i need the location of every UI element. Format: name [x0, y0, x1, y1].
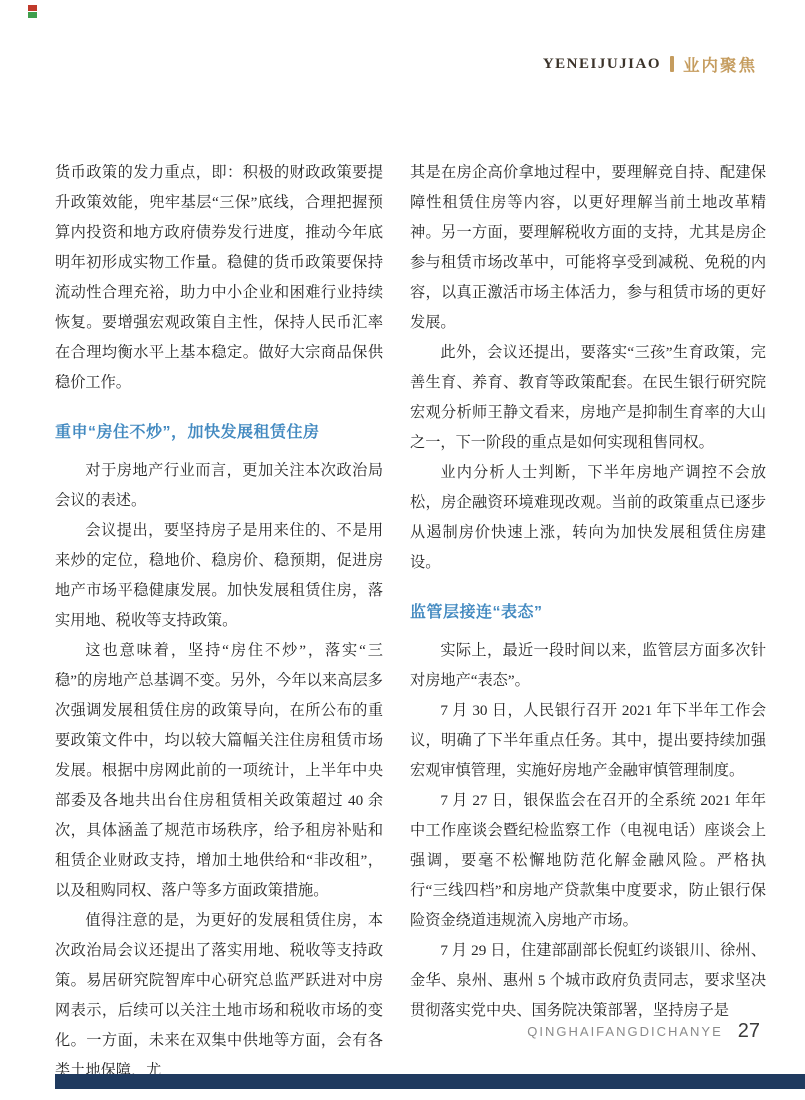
- article-paragraph: 值得注意的是，为更好的发展租赁住房，本次政治局会议还提出了落实用地、税收等支持政…: [55, 906, 383, 1086]
- article-paragraph: 会议提出，要坚持房子是用来住的、不是用来炒的定位，稳地价、稳房价、稳预期，促进房…: [55, 516, 383, 636]
- magazine-page: YENEIJUJIAO 业内聚焦 货币政策的发力重点，即：积极的财政政策要提升政…: [0, 0, 805, 1100]
- page-header: YENEIJUJIAO 业内聚焦: [543, 52, 757, 76]
- journal-name-pinyin: YENEIJUJIAO: [543, 56, 661, 73]
- article-paragraph: 业内分析人士判断，下半年房地产调控不会放松，房企融资环境难现改观。当前的政策重点…: [410, 458, 766, 578]
- article-paragraph: 对于房地产行业而言，更加关注本次政治局会议的表述。: [55, 456, 383, 516]
- page-number: 27: [738, 1020, 760, 1043]
- footer-magazine-name: QINGHAIFANGDICHANYE: [527, 1024, 722, 1039]
- article-paragraph: 此外，会议还提出，要落实“三孩”生育政策，完善生育、养育、教育等政策配套。在民生…: [410, 338, 766, 458]
- article-body: 货币政策的发力重点，即：积极的财政政策要提升政策效能，兜牢基层“三保”底线，合理…: [55, 158, 766, 1086]
- subheading-rental-housing: 重申“房住不炒”，加快发展租赁住房: [55, 419, 383, 442]
- left-column: 货币政策的发力重点，即：积极的财政政策要提升政策效能，兜牢基层“三保”底线，合理…: [55, 158, 383, 1086]
- article-paragraph: 货币政策的发力重点，即：积极的财政政策要提升政策效能，兜牢基层“三保”底线，合理…: [55, 158, 383, 398]
- article-paragraph: 其是在房企高价拿地过程中，要理解竞自持、配建保障性租赁住房等内容，以更好理解当前…: [410, 158, 766, 338]
- article-paragraph: 7 月 30 日，人民银行召开 2021 年下半年工作会议，明确了下半年重点任务…: [410, 696, 766, 786]
- page-footer: QINGHAIFANGDICHANYE 27: [527, 1020, 760, 1043]
- section-title: 业内聚焦: [683, 52, 757, 76]
- footer-bar: [55, 1074, 805, 1089]
- article-paragraph: 实际上，最近一段时间以来，监管层方面多次针对房地产“表态”。: [410, 636, 766, 696]
- subheading-regulators: 监管层接连“表态”: [410, 599, 766, 622]
- registration-mark-green: [28, 12, 37, 18]
- registration-mark-red: [28, 5, 37, 11]
- article-paragraph: 7 月 29 日，住建部副部长倪虹约谈银川、徐州、金华、泉州、惠州 5 个城市政…: [410, 936, 766, 1026]
- article-paragraph: 这也意味着，坚持“房住不炒”，落实“三稳”的房地产总基调不变。另外，今年以来高层…: [55, 636, 383, 906]
- right-column: 其是在房企高价拿地过程中，要理解竞自持、配建保障性租赁住房等内容，以更好理解当前…: [410, 158, 766, 1086]
- header-divider: [670, 56, 674, 72]
- article-paragraph: 7 月 27 日，银保监会在召开的全系统 2021 年年中工作座谈会暨纪检监察工…: [410, 786, 766, 936]
